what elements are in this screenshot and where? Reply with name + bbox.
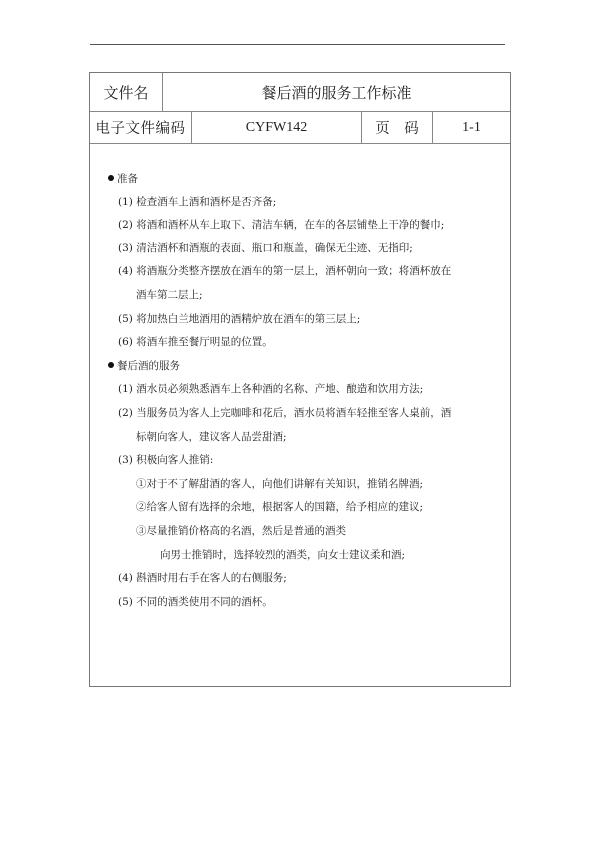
list-item: (2) 将酒和酒杯从车上取下、清洁车辆，在车的各层铺垫上干净的餐巾;	[118, 217, 444, 232]
document-title: 餐后酒的服务工作标准	[163, 73, 510, 111]
list-item: (2) 当服务员为客人上完咖啡和花后，酒水员将酒车轻推至客人桌前，酒	[118, 405, 451, 420]
title-row: 文件名 餐后酒的服务工作标准	[90, 73, 510, 112]
sub-item: ③尽量推销价格高的名酒，然后是普通的酒类	[136, 523, 346, 538]
list-item: (5) 不同的酒类使用不同的酒杯。	[118, 594, 273, 609]
sub-item: ②给客人留有选择的余地，根据客人的国籍，给予相应的建议;	[136, 499, 423, 514]
list-item: (1) 检查酒车上酒和酒杯是否齐备;	[118, 194, 276, 209]
list-item: (1) 酒水员必须熟悉酒车上各种酒的名称、产地、酿造和饮用方法;	[118, 381, 423, 396]
list-item: (4) 斟酒时用右手在客人的右侧服务;	[118, 570, 287, 585]
sub-item: ①对于不了解甜酒的客人，向他们讲解有关知识，推销名牌酒;	[136, 476, 423, 491]
meta-row: 电子文件编码 CYFW142 页 码 1-1	[90, 112, 510, 144]
bullet-icon	[108, 362, 114, 368]
filename-label: 文件名	[90, 73, 163, 111]
page-label: 页 码	[362, 112, 433, 143]
code-label: 电子文件编码	[90, 112, 192, 143]
list-item: (3) 积极向客人推销:	[118, 452, 213, 467]
list-item-continuation: 酒车第二层上;	[136, 287, 203, 302]
bullet-icon	[108, 175, 114, 181]
sub-item-continuation: 向男士推销时，选择较烈的酒类，向女士建议柔和酒;	[160, 547, 405, 562]
section-heading-text: 准备	[117, 173, 138, 185]
list-item-continuation: 标朝向客人，建议客人品尝甜酒;	[136, 429, 287, 444]
code-value: CYFW142	[192, 112, 362, 143]
list-item: (6) 将酒车推至餐厅明显的位置。	[118, 334, 273, 349]
section-heading-text: 餐后酒的服务	[117, 360, 180, 372]
section-heading: 餐后酒的服务	[108, 358, 180, 373]
list-item: (3) 清洁酒杯和酒瓶的表面、瓶口和瓶盖，确保无尘迹、无指印;	[118, 240, 413, 255]
document-table: 文件名 餐后酒的服务工作标准 电子文件编码 CYFW142 页 码 1-1 准备…	[89, 72, 511, 687]
list-item: (5) 将加热白兰地酒用的酒精炉放在酒车的第三层上;	[118, 311, 360, 326]
header-rule	[90, 44, 505, 45]
page-value: 1-1	[433, 112, 510, 143]
section-heading: 准备	[108, 171, 138, 186]
list-item: (4) 将酒瓶分类整齐摆放在酒车的第一层上，酒杯朝向一致；将酒杯放在	[118, 263, 451, 278]
